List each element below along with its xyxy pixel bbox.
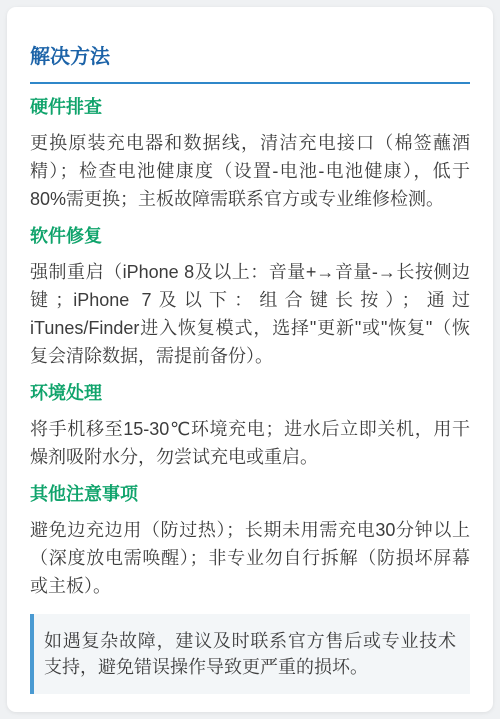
section-environment-handling: 环境处理 将手机移至15-30℃环境充电；进水后立即关机，用干燥剂吸附水分，勿尝… xyxy=(30,382,470,471)
support-callout-text: 如遇复杂故障，建议及时联系官方售后或专业技术支持，避免错误操作导致更严重的损坏。 xyxy=(44,628,456,680)
support-callout: 如遇复杂故障，建议及时联系官方售后或专业技术支持，避免错误操作导致更严重的损坏。 xyxy=(30,614,470,694)
section-heading-other-notes: 其他注意事项 xyxy=(30,483,470,506)
section-body-environment-handling: 将手机移至15-30℃环境充电；进水后立即关机，用干燥剂吸附水分，勿尝试充电或重… xyxy=(30,415,470,471)
section-hardware-check: 硬件排查 更换原装充电器和数据线，清洁充电接口（棉签蘸酒精）；检查电池健康度（设… xyxy=(30,96,470,213)
section-heading-hardware-check: 硬件排查 xyxy=(30,96,470,119)
section-heading-environment-handling: 环境处理 xyxy=(30,382,470,405)
section-body-other-notes: 避免边充边用（防过热）；长期未用需充电30分钟以上（深度放电需唤醒）；非专业勿自… xyxy=(30,516,470,600)
section-body-software-repair: 强制重启（iPhone 8及以上：音量+→音量-→长按侧边键；iPhone 7及… xyxy=(30,258,470,370)
section-body-hardware-check: 更换原装充电器和数据线，清洁充电接口（棉签蘸酒精）；检查电池健康度（设置-电池-… xyxy=(30,129,470,213)
section-heading-software-repair: 软件修复 xyxy=(30,225,470,248)
page-title: 解决方法 xyxy=(30,45,470,84)
section-other-notes: 其他注意事项 避免边充边用（防过热）；长期未用需充电30分钟以上（深度放电需唤醒… xyxy=(30,483,470,600)
content-card: 解决方法 硬件排查 更换原装充电器和数据线，清洁充电接口（棉签蘸酒精）；检查电池… xyxy=(7,7,493,712)
section-software-repair: 软件修复 强制重启（iPhone 8及以上：音量+→音量-→长按侧边键；iPho… xyxy=(30,225,470,370)
